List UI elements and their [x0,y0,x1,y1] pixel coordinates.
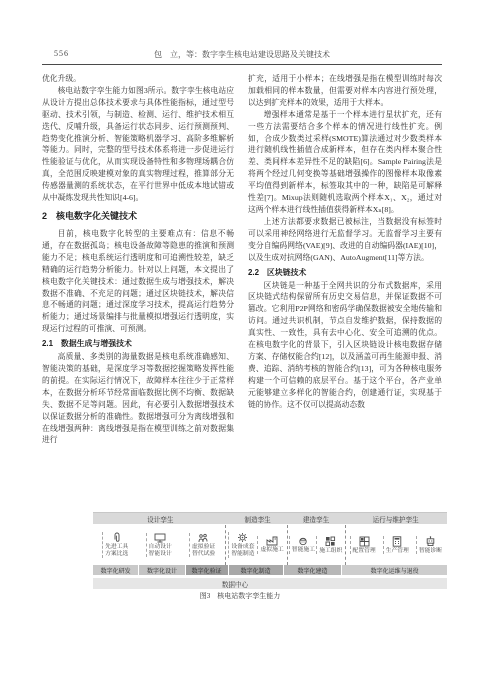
figure-3: 设计孪生制造孪生建造孪生运行与维护孪生 先进工具 方案比选自动设计 智能设计虚拟… [93,512,447,589]
figure-phase-group: 设备成套 智能制造虚拟施工 [226,525,287,565]
figure-phase-header: 制造孪生 [228,513,288,524]
robot-icon [425,536,436,548]
paperclip-icon [112,532,122,544]
figure-stage-bar: 数字化设计 [139,565,184,575]
figure-stage-bar: 数字化验证 [186,565,228,575]
paragraph: 上述方法都要求数据已被标注，当数据没有标签时可以采用神经网络进行无监督学习。无监… [248,216,442,264]
figure-item: 智能诊断 [416,536,443,555]
figure-item-label: 虚拟施工 [260,547,283,554]
monitor-icon [154,533,166,544]
left-column: 优化升级。 核电站数字孪生能力如图3所示。数字孪生核电站应从设计方提出总体技术要… [42,73,234,507]
figure-items-row: 先进工具 方案比选自动设计 智能设计虚拟验证 替代试验设备成套 智能制造虚拟施工… [93,525,447,565]
figure-item-label: 智能诊断 [419,548,442,555]
figure-phase-header-row: 设计孪生制造孪生建造孪生运行与维护孪生 [93,512,447,524]
right-column: 扩充，适用于小样本；在线增强是指在模型训练时每次加载相同的样本数量，但需要对样本… [248,73,442,507]
figure-item-label: 施工组织 [319,548,342,555]
page-header: 556 包 立，等：数字孪生核电站建设思路及关键技术 [42,49,442,65]
figure-item: 先进工具 方案比选 [102,532,129,558]
figure-item-label: 虚拟验证 替代试验 [192,544,215,558]
figure-item-label: 设备成套 智能制造 [231,544,254,558]
figure-phase-header: 设计孪生 [93,513,228,524]
section-2-heading: 2 核电数字化关键技术 [42,211,234,222]
paragraph: 目前，核电数字化转型的主要难点有：信息不畅通，存在数据孤岛；核电设备故障等隐患的… [42,228,234,335]
figure-item: 施工组织 [316,536,343,555]
calculator-icon [392,536,402,548]
figure-item-label: 智能施工 [292,547,315,554]
figure-item: 设备成套 智能制造 [228,532,255,558]
figure-item-label: 配置管理 [353,548,376,555]
blocks-icon [325,536,336,548]
worker-icon [298,536,308,547]
paragraph-continuation: 优化升级。 [42,73,234,85]
paragraph: 增强样本通常是基于一个样本进行星状扩充，还有一些方法需要结合多个样本的情况进行线… [248,109,442,216]
figure-stage-bar: 数字化建造 [284,565,342,575]
figure-stage-bar: 数字化研发 [93,565,138,575]
figure-phase-group: 先进工具 方案比选自动设计 智能设计虚拟验证 替代试验 [93,525,226,565]
grid-icon [359,536,370,548]
paragraph-continuation: 扩充，适用于小样本；在线增强是指在模型训练时每次加载相同的样本数量，但需要对样本… [248,73,442,109]
figure-phase-header: 建造孪生 [288,513,345,524]
figure-item: 智能施工 [289,536,316,554]
paragraph: 核电站数字孪生能力如图3所示。数字孪生核电站应从设计方提出总体技术要求与具体性能… [42,85,234,204]
figure-item-label: 自动设计 智能设计 [149,544,172,558]
figure-item: 生产管理 [383,536,410,555]
figure-stage-bar-row: 数字化研发数字化设计数字化验证数字化制造数字化建造数字化运维与退役 [93,565,447,575]
data-center-bar: 数据中心 [93,578,447,589]
figure-item-label: 生产管理 [386,548,409,555]
paragraph: 区块链是一种基于全网共识的分布式数据库，采用区块链式结构保留所有历史交易信息，并… [248,280,442,411]
gear-icon [237,532,248,544]
figure-phase-group: 智能施工施工组织 [288,525,346,565]
figure-item: 虚拟施工 [257,536,284,554]
section-2-1-heading: 2.1 数据生成与增强技术 [42,338,234,349]
figure-stage-bar: 数字化运维与退役 [342,565,447,575]
figure-phase-header: 运行与维护孪生 [344,513,447,524]
figure-item: 配置管理 [350,536,377,555]
paper-page: 556 包 立，等：数字孪生核电站建设思路及关键技术 优化升级。 核电站数字孪生… [0,0,480,673]
figure-item: 自动设计 智能设计 [146,533,173,558]
figure-item-label: 先进工具 方案比选 [105,544,128,558]
section-2-2-heading: 2.2 区块链技术 [248,267,442,278]
paragraph: 高质量、多类别的海量数据是核电系统准确感知、智能决策的基础，是深度学习等数据挖掘… [42,351,234,446]
people-icon [198,533,210,544]
factory-icon [266,536,278,547]
figure-item: 虚拟验证 替代试验 [189,533,216,558]
running-title: 包 立，等：数字孪生核电站建设思路及关键技术 [42,49,442,60]
figure-stage-bar: 数字化制造 [229,565,283,575]
figure-phase-group: 配置管理生产管理智能诊断 [346,525,447,565]
figure-caption: 图3 核电站数字孪生能力 [0,591,480,601]
